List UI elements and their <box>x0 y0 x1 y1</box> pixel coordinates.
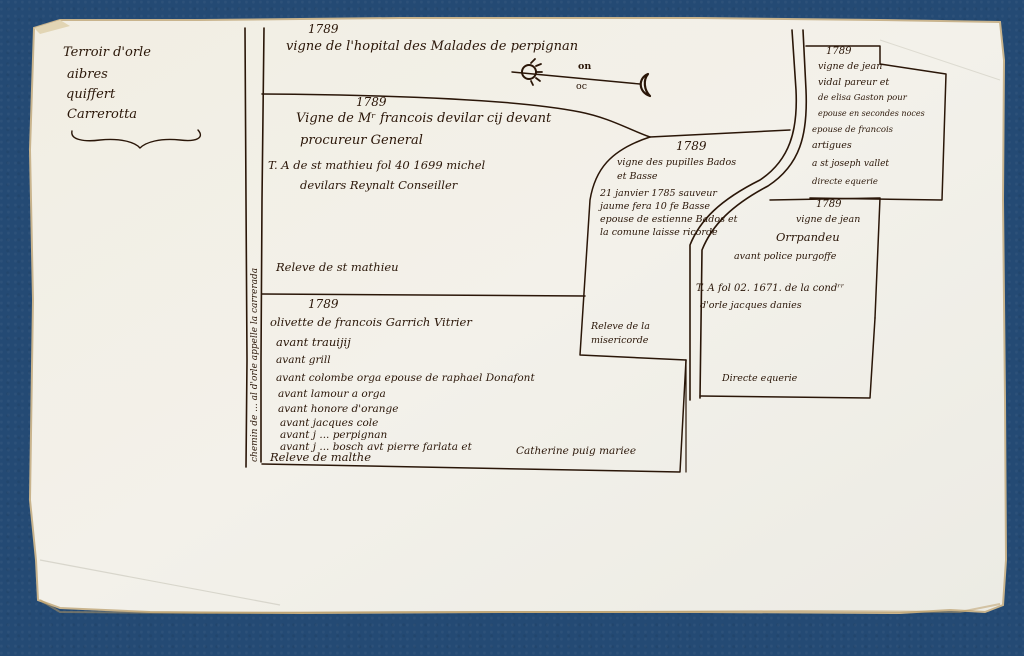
plot-owner: olivette de francois Garrich Vitrier <box>270 317 472 329</box>
plot-owner: vigne de jean <box>818 62 882 72</box>
heading-line-1: Terroir d'orle <box>63 46 151 59</box>
plot-prior-owner: avant honore d'orange <box>278 404 398 415</box>
plot-owner: vigne de l'hopital des Malades de perpig… <box>286 40 578 53</box>
plot-reference: d'orle jacques danies <box>700 301 802 311</box>
plot-footer: Releve de la <box>591 322 650 332</box>
heading-line-4: Carrerotta <box>67 108 137 121</box>
compass-top-label: on <box>578 62 591 72</box>
plot-note: 21 janvier 1785 sauveur <box>600 189 717 199</box>
plot-owner: vigne des pupilles Bados <box>617 158 736 168</box>
plot-owner: vigne de jean <box>796 215 860 225</box>
plot-footer: Catherine puig mariee <box>516 446 636 457</box>
plot-note: epouse de francois <box>812 126 893 135</box>
compass-bottom-label: oc <box>576 82 587 92</box>
plot-year: 1789 <box>676 140 707 152</box>
plot-prior-owner: avant trauijij <box>276 337 351 349</box>
plot-owner: Orrpandeu <box>776 232 840 244</box>
plot-owner: et Basse <box>617 172 657 182</box>
plot-note: jaume fera 10 fe Basse <box>600 202 710 212</box>
plot-footer: Releve de st mathieu <box>276 262 399 274</box>
plot-year: 1789 <box>308 298 339 310</box>
plot-reference: T. A fol 02. 1671. de la condʳʳ <box>696 284 844 294</box>
plot-owner: Vigne de Mʳ francois devilar cij devant <box>296 112 551 125</box>
plot-year: 1789 <box>308 23 339 35</box>
plot-note: de elisa Gaston pour <box>818 94 907 103</box>
heading-line-2: aibres <box>67 68 108 81</box>
plot-note: a st joseph vallet <box>812 160 889 169</box>
plot-footer: Directe equerie <box>722 374 797 384</box>
plot-prior-owner: avant jacques cole <box>280 418 378 429</box>
plot-year: 1789 <box>826 47 851 57</box>
plot-prior-owner: avant grill <box>276 355 331 366</box>
plot-prior-owner: avant j ... perpignan <box>280 430 387 441</box>
plot-owner-title: procureur General <box>300 134 423 147</box>
plot-note: la comune laisse ricorde <box>600 228 718 238</box>
plot-reference: T. A de st mathieu fol 40 1699 michel <box>268 160 485 172</box>
plot-note: epouse de estienne Bados et <box>600 215 737 225</box>
plot-note: epouse en secondes noces <box>818 110 925 118</box>
plot-reference: devilars Reynalt Conseiller <box>300 180 457 192</box>
plot-year: 1789 <box>816 200 841 210</box>
plot-prior-owner: avant colombe orga epouse de raphael Don… <box>276 373 535 384</box>
plot-note: artigues <box>812 141 852 151</box>
plot-footer: Releve de malthe <box>270 452 371 464</box>
plot-note: avant police purgoffe <box>734 252 836 262</box>
plot-year: 1789 <box>356 96 387 108</box>
plot-owner: vidal pareur et <box>818 78 889 88</box>
heading-line-3: quiffert <box>66 88 115 101</box>
road-label: chemin de ... al d'orle appelle la carre… <box>250 268 260 462</box>
plot-prior-owner: avant lamour a orga <box>278 389 386 400</box>
plot-footer: directe equerie <box>812 178 878 187</box>
plot-footer: misericorde <box>591 336 648 346</box>
paper-body <box>30 18 1006 613</box>
